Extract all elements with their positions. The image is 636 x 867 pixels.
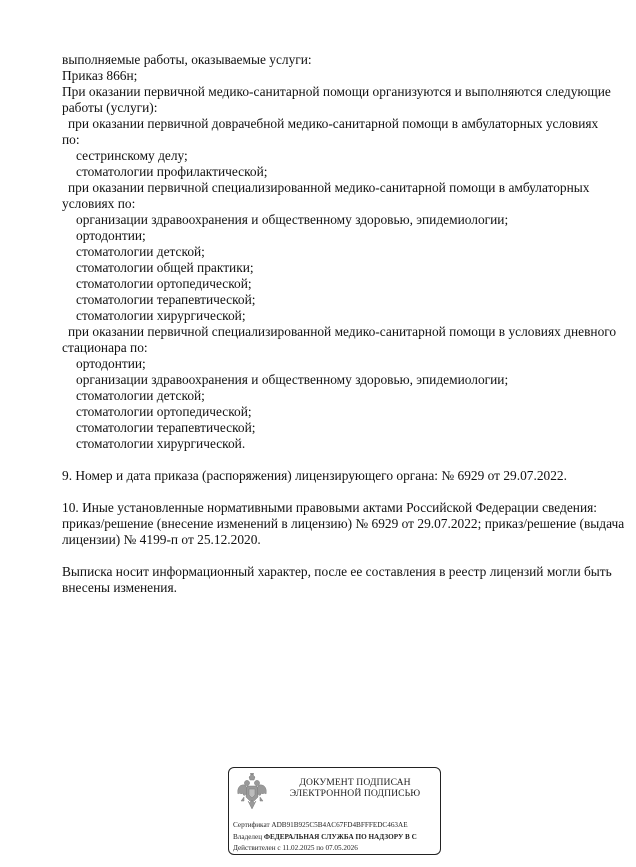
document-line: условиях по: (62, 196, 622, 212)
list-item: стоматологии детской; (62, 388, 622, 404)
document-line: При оказании первичной медико-санитарной… (62, 84, 622, 100)
certificate-value: ADB91B925C5B4AC67FD4BFFFEDC463AE (271, 821, 407, 829)
list-item: организации здравоохранения и общественн… (62, 372, 622, 388)
list-item: стоматологии хирургической; (62, 308, 622, 324)
coat-of-arms-icon (235, 773, 269, 811)
section-9-order-number: 9. Номер и дата приказа (распоряжения) л… (62, 468, 622, 484)
note-line: внесены изменения. (62, 580, 622, 596)
list-item: ортодонтии; (62, 356, 622, 372)
list-item: стоматологии терапевтической; (62, 292, 622, 308)
document-line: выполняемые работы, оказываемые услуги: (62, 52, 622, 68)
licensed-works-list: выполняемые работы, оказываемые услуги:П… (62, 52, 622, 452)
list-item: стоматологии профилактической; (62, 164, 622, 180)
informational-note: Выписка носит информационный характер, п… (62, 564, 622, 596)
list-item: стоматологии общей практики; (62, 260, 622, 276)
stamp-info: Сертификат ADB91B925C5B4AC67FD4BFFFEDC46… (233, 820, 441, 855)
owner-value: ФЕДЕРАЛЬНАЯ СЛУЖБА ПО НАДЗОРУ В С (264, 833, 417, 841)
document-page: выполняемые работы, оказываемые услуги:П… (62, 52, 622, 596)
stamp-title-line: ЭЛЕКТРОННОЙ ПОДПИСЬЮ (273, 788, 437, 799)
certificate-label: Сертификат (233, 821, 270, 829)
document-line: при оказании первичной специализированно… (62, 180, 622, 196)
document-line: при оказании первичной специализированно… (62, 324, 622, 340)
note-line: Выписка носит информационный характер, п… (62, 564, 622, 580)
certificate-row: Сертификат ADB91B925C5B4AC67FD4BFFFEDC46… (233, 820, 441, 832)
document-line: при оказании первичной доврачебной медик… (62, 116, 622, 132)
list-item: стоматологии детской; (62, 244, 622, 260)
section-10-other-info: 10. Иные установленные нормативными прав… (62, 500, 622, 548)
list-item: стоматологии терапевтической; (62, 420, 622, 436)
list-item: стоматологии ортопедической; (62, 404, 622, 420)
document-line: по: (62, 132, 622, 148)
stamp-title-line: ДОКУМЕНТ ПОДПИСАН (273, 777, 437, 788)
spacer (62, 452, 622, 468)
spacer (62, 548, 622, 564)
document-line: Приказ 866н; (62, 68, 622, 84)
owner-label: Владелец (233, 833, 262, 841)
section-10-line: 10. Иные установленные нормативными прав… (62, 500, 622, 516)
stamp-title: ДОКУМЕНТ ПОДПИСАН ЭЛЕКТРОННОЙ ПОДПИСЬЮ (273, 777, 437, 799)
document-line: стационара по: (62, 340, 622, 356)
list-item: организации здравоохранения и общественн… (62, 212, 622, 228)
document-line: работы (услуги): (62, 100, 622, 116)
list-item: сестринскому делу; (62, 148, 622, 164)
validity-row: Действителен с 11.02.2025 по 07.05.2026 (233, 843, 441, 855)
electronic-signature-stamp: ДОКУМЕНТ ПОДПИСАН ЭЛЕКТРОННОЙ ПОДПИСЬЮ С… (228, 767, 441, 855)
owner-row: Владелец ФЕДЕРАЛЬНАЯ СЛУЖБА ПО НАДЗОРУ В… (233, 832, 441, 844)
section-10-line: лицензии) № 4199-п от 25.12.2020. (62, 532, 622, 548)
section-10-line: приказ/решение (внесение изменений в лиц… (62, 516, 622, 532)
list-item: ортодонтии; (62, 228, 622, 244)
spacer (62, 484, 622, 500)
list-item: стоматологии хирургической. (62, 436, 622, 452)
list-item: стоматологии ортопедической; (62, 276, 622, 292)
